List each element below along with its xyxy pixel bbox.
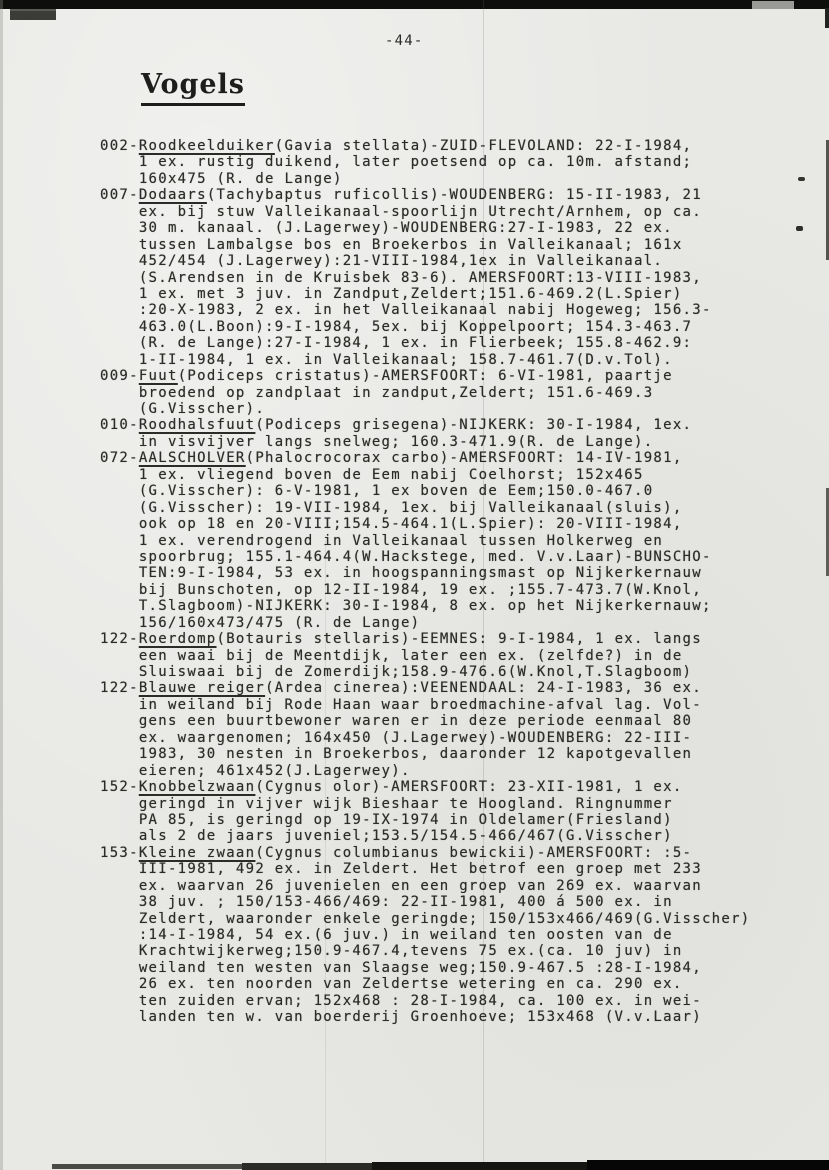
page-title: Vogels	[141, 69, 245, 106]
text-line: weiland ten westen van Slaagse weg;150.9…	[100, 960, 800, 976]
text-line: 010-Roodhalsfuut(Podiceps grisegena)-NIJ…	[100, 417, 800, 433]
text-line: Zeldert, waaronder enkele geringde; 150/…	[100, 911, 800, 927]
text-line: Sluiswaai bij de Zomerdijk;158.9-476.6(W…	[100, 664, 800, 680]
text-line: 1 ex. vliegend boven de Eem nabij Coelho…	[100, 467, 800, 483]
text-line: 009-Fuut(Podiceps cristatus)-AMERSFOORT:…	[100, 368, 800, 384]
text-line: 153-Kleine zwaan(Cygnus columbianus bewi…	[100, 845, 800, 861]
text-line: in visvijver langs snelweg; 160.3-471.9(…	[100, 434, 800, 450]
text-line: :14-I-1984, 54 ex.(6 juv.) in weiland te…	[100, 927, 800, 943]
scan-bottom-bar-segment	[52, 1164, 242, 1169]
scan-corner-smudge	[10, 9, 56, 20]
text-line: een waai bij de Meentdijk, later een ex.…	[100, 648, 800, 664]
text-line: 463.0(L.Boon):9-I-1984, 5ex. bij Koppelp…	[100, 319, 800, 335]
species-name: Kleine zwaan	[139, 845, 256, 861]
text-line: PA 85, is geringd op 19-IX-1974 in Oldel…	[100, 812, 800, 828]
species-name: Roodhalsfuut	[139, 417, 256, 433]
species-name: AALSCHOLVER	[139, 450, 246, 466]
text-line: TEN:9-I-1984, 53 ex. in hoogspanningsmas…	[100, 565, 800, 581]
scan-bottom-bar-segment	[372, 1162, 587, 1170]
text-line: in weiland bij Rode Haan waar broedmachi…	[100, 697, 800, 713]
text-line: broedend op zandplaat in zandput,Zeldert…	[100, 385, 800, 401]
text-line: geringd in vijver wijk Bieshaar te Hoogl…	[100, 796, 800, 812]
text-line: T.Slagboom)-NIJKERK: 30-I-1984, 8 ex. op…	[100, 598, 800, 614]
text-line: gens een buurtbewoner waren er in deze p…	[100, 713, 800, 729]
scan-left-edge-shadow	[0, 0, 3, 1170]
text-line: 26 ex. ten noorden van Zeldertse weterin…	[100, 976, 800, 992]
text-line: eieren; 461x452(J.Lagerwey).	[100, 763, 800, 779]
page-number: -44-	[385, 33, 424, 49]
text-line: ex. bij stuw Valleikanaal-spoorlijn Utre…	[100, 204, 800, 220]
document-body: 002-Roodkeelduiker(Gavia stellata)-ZUID-…	[100, 138, 800, 1026]
text-line: 38 juv. ; 150/153-466/469: 22-II-1981, 4…	[100, 894, 800, 910]
text-line: 007-Dodaars(Tachybaptus ruficollis)-WOUD…	[100, 187, 800, 203]
scanned-page: -44- Vogels 002-Roodkeelduiker(Gavia ste…	[0, 0, 829, 1170]
text-line: 1 ex. verendrogend in Valleikanaal tusse…	[100, 533, 800, 549]
text-line: ex. waarvan 26 juvenielen en een groep v…	[100, 878, 800, 894]
scan-top-bar	[0, 0, 829, 9]
text-line: 1-II-1984, 1 ex. in Valleikanaal; 158.7-…	[100, 352, 800, 368]
text-line: als 2 de jaars juveniel;153.5/154.5-466/…	[100, 828, 800, 844]
text-line: 156/160x473/475 (R. de Lange)	[100, 615, 800, 631]
text-line: ten zuiden ervan; 152x468 : 28-I-1984, c…	[100, 993, 800, 1009]
text-line: (R. de Lange):27-I-1984, 1 ex. in Flierb…	[100, 335, 800, 351]
text-line: Krachtwijkerweg;150.9-467.4,tevens 75 ex…	[100, 943, 800, 959]
scan-bottom-bar-segment	[587, 1160, 829, 1170]
text-line: 002-Roodkeelduiker(Gavia stellata)-ZUID-…	[100, 138, 800, 154]
text-line: 122-Roerdomp(Botauris stellaris)-EEMNES:…	[100, 631, 800, 647]
text-line: 072-AALSCHOLVER(Phalocrocorax carbo)-AME…	[100, 450, 800, 466]
species-name: Blauwe reiger	[139, 680, 265, 696]
text-line: spoorbrug; 155.1-464.4(W.Hackstege, med.…	[100, 549, 800, 565]
species-name: Roodkeelduiker	[139, 138, 275, 154]
species-name: Fuut	[139, 368, 178, 384]
text-line: III-1981, 492 ex. in Zeldert. Het betrof…	[100, 861, 800, 877]
text-line: (G.Visscher): 19-VII-1984, 1ex. bij Vall…	[100, 500, 800, 516]
text-line: 122-Blauwe reiger(Ardea cinerea):VEENEND…	[100, 680, 800, 696]
scan-bottom-bar-segment	[242, 1163, 372, 1170]
text-line: ex. waargenomen; 164x450 (J.Lagerwey)-WO…	[100, 730, 800, 746]
text-line: (G.Visscher).	[100, 401, 800, 417]
text-line: 30 m. kanaal. (J.Lagerwey)-WOUDENBERG:27…	[100, 220, 800, 236]
text-line: 1 ex. met 3 juv. in Zandput,Zeldert;151.…	[100, 286, 800, 302]
scan-top-bar-notch	[752, 1, 794, 9]
text-line: (G.Visscher): 6-V-1981, 1 ex boven de Ee…	[100, 483, 800, 499]
text-line: 160x475 (R. de Lange)	[100, 171, 800, 187]
species-name: Knobbelzwaan	[139, 779, 256, 795]
species-name: Dodaars	[139, 187, 207, 203]
text-line: (S.Arendsen in de Kruisbek 83-6). AMERSF…	[100, 270, 800, 286]
text-line: 152-Knobbelzwaan(Cygnus olor)-AMERSFOORT…	[100, 779, 800, 795]
text-line: 1983, 30 nesten in Broekerbos, daaronder…	[100, 746, 800, 762]
species-name: Roerdomp	[139, 631, 217, 647]
text-line: 452/454 (J.Lagerwey):21-VIII-1984,1ex in…	[100, 253, 800, 269]
text-line: landen ten w. van boerderij Groenhoeve; …	[100, 1009, 800, 1025]
text-line: ook op 18 en 20-VIII;154.5-464.1(L.Spier…	[100, 516, 800, 532]
text-line: tussen Lambalgse bos en Broekerbos in Va…	[100, 237, 800, 253]
text-line: bij Bunschoten, op 12-II-1984, 19 ex. ;1…	[100, 582, 800, 598]
text-line: :20-X-1983, 2 ex. in het Valleikanaal na…	[100, 302, 800, 318]
text-line: 1 ex. rustig duikend, later poetsend op …	[100, 154, 800, 170]
scan-corner-sliver	[825, 8, 829, 28]
